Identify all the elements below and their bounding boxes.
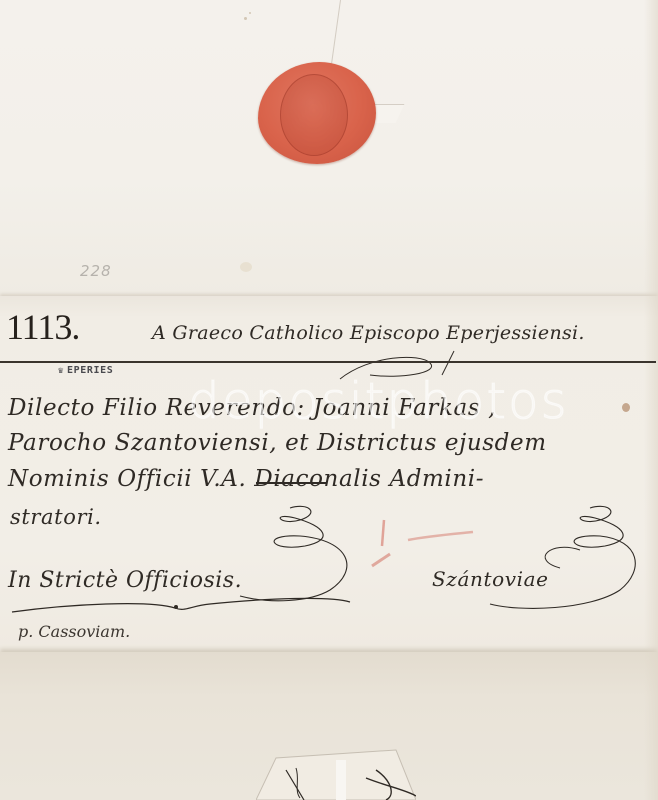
crown-icon: ♛: [58, 366, 64, 376]
sender-line: A Graeco Catholico Episcopo Eperjessiens…: [152, 322, 585, 344]
wax-seal: [258, 62, 376, 164]
postmark-stamp: ♛EPERIES: [58, 365, 113, 376]
stock-watermark: depositphotos: [188, 372, 569, 430]
address-line-4: stratori.: [10, 505, 102, 529]
postmark-text: EPERIES: [67, 365, 113, 376]
foxing-spot: [240, 262, 252, 272]
address-rule-line: [0, 361, 656, 363]
postal-route: p. Cassoviam.: [18, 622, 130, 641]
destination-place: Szántoviae: [432, 567, 549, 591]
foxing-spot: [244, 17, 247, 20]
strikethrough-mark: [256, 482, 326, 484]
pencil-archive-number: 228: [80, 262, 112, 280]
closing-formula: In Strictè Officiosis.: [8, 568, 242, 593]
address-line-3: Nominis Officii V.A. Diaconalis Admini-: [8, 466, 484, 492]
address-line-2: Parocho Szantoviensi, et Districtus ejus…: [8, 430, 547, 456]
foxing-spot: [622, 403, 630, 412]
foxing-spot: [249, 12, 251, 14]
registry-number: 1113.: [6, 306, 79, 348]
letter-inner-flap: [256, 740, 416, 800]
seal-impression: [280, 74, 348, 156]
paper-edge-shadow: [644, 0, 658, 800]
closing-underline-flourish: [10, 592, 355, 620]
